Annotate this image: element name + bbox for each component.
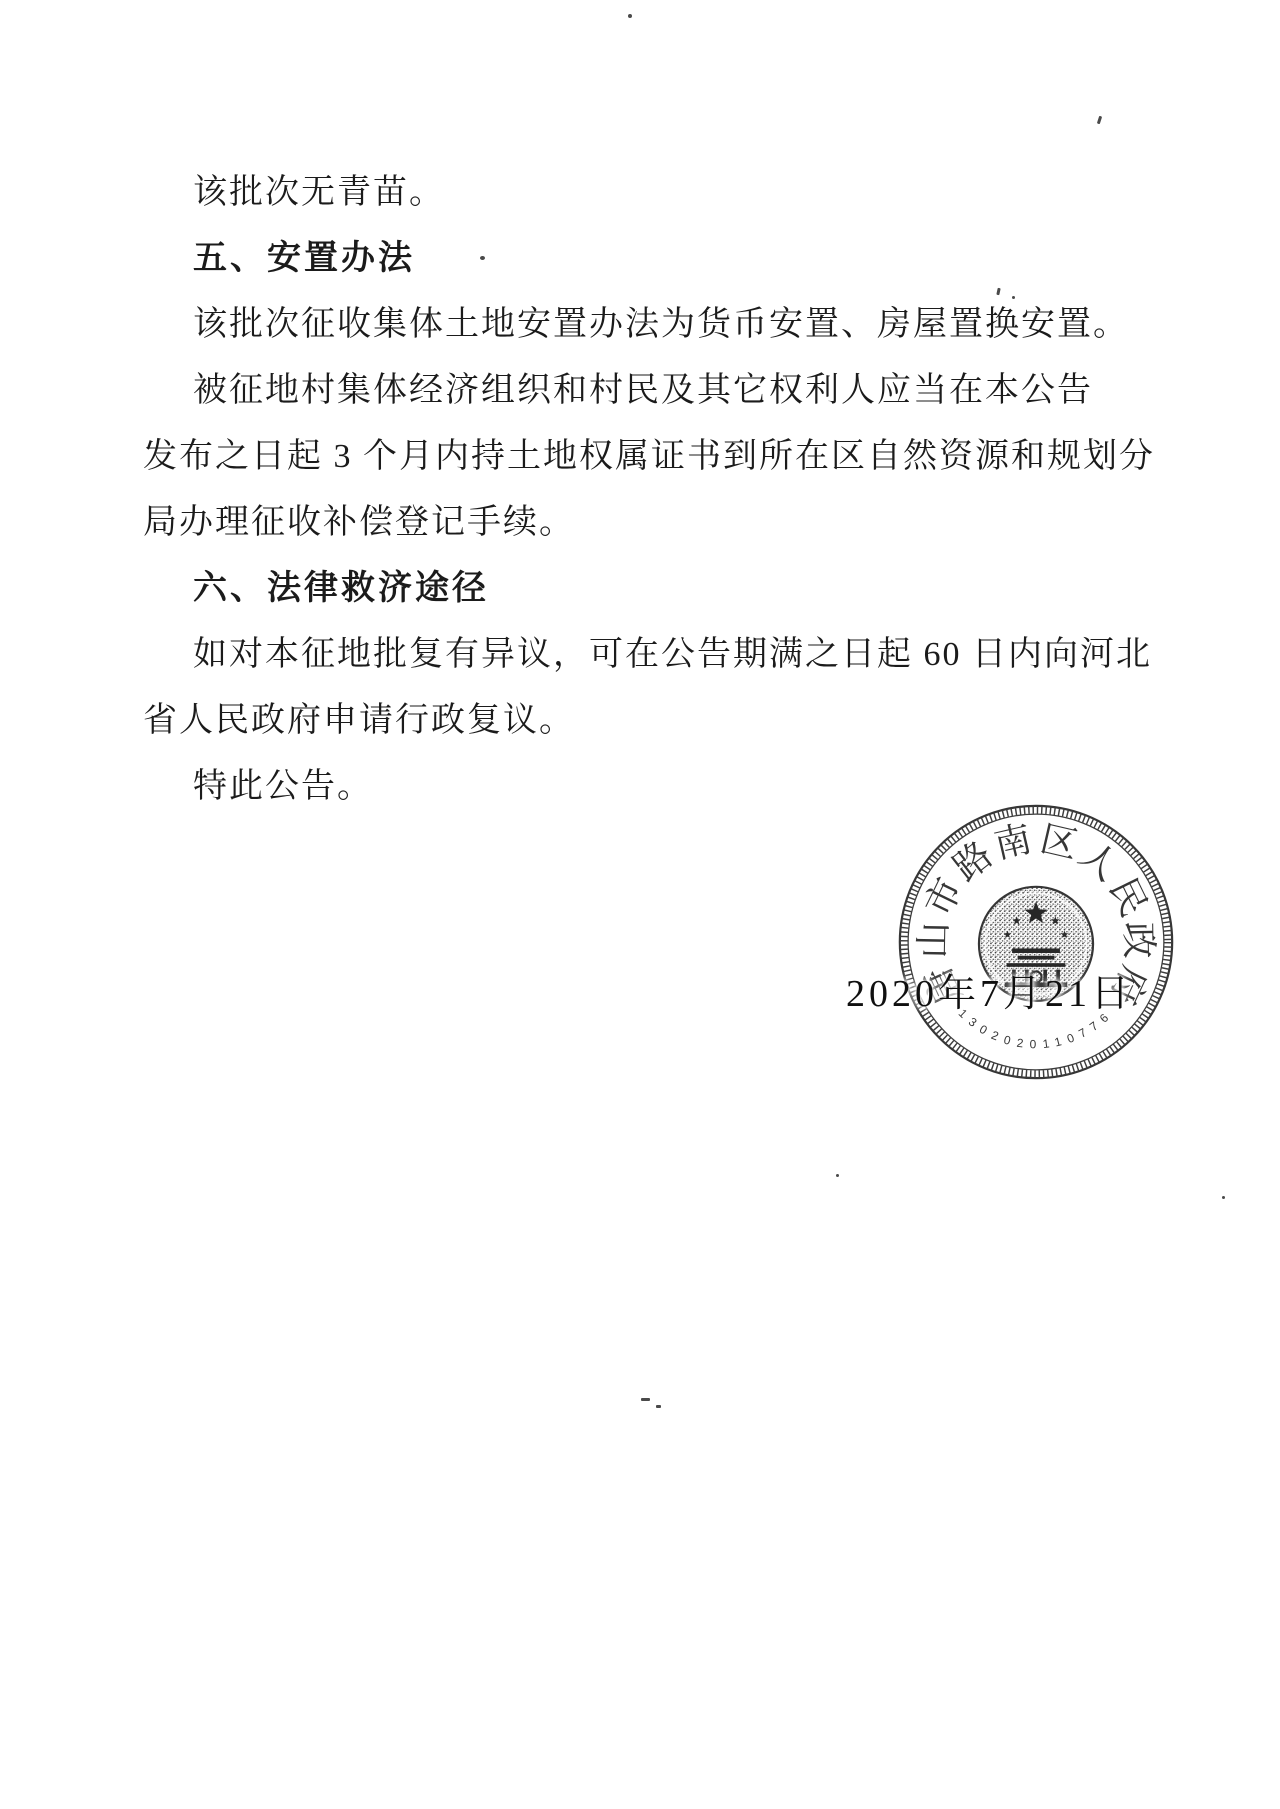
scan-speck [836,1174,839,1177]
scan-speck [1097,116,1102,125]
scan-speck [641,1398,650,1401]
scan-speck [656,1405,661,1408]
heading-section-6-legal-remedy: 六、法律救济途径 [143,556,1153,622]
official-seal-graphic: 唐 山 市 路 南 区 人 民 政 府 [898,804,1174,1080]
paragraph-registration-1: 被征地村集体经济组织和村民及其它权利人应当在本公告 [143,358,1153,424]
scan-speck [628,14,632,18]
scanned-announcement-page: 该批次无青苗。 五、安置办法 该批次征收集体土地安置办法为货币安置、房屋置换安置… [0,0,1280,1809]
scan-speck [1222,1196,1225,1199]
paragraph-legal-remedy-2: 省人民政府申请行政复议。 [143,688,1153,754]
svg-text:人: 人 [1072,834,1126,889]
svg-text:南: 南 [990,818,1035,866]
heading-section-5-resettlement: 五、安置办法 [143,226,1153,292]
svg-text:政: 政 [1118,921,1160,959]
paragraph-no-seedlings: 该批次无青苗。 [143,160,1153,226]
paragraph-legal-remedy-1: 如对本征地批复有异议，可在公告期满之日起 60 日内向河北 [143,622,1153,688]
paragraph-registration-2: 发布之日起 3 个月内持土地权属证书到所在区自然资源和规划分 [143,424,1153,490]
paragraph-registration-3: 局办理征收补偿登记手续。 [143,490,1153,556]
svg-text:区: 区 [1037,818,1082,866]
scan-speck [480,256,485,260]
issue-date: 2020年7月21日 [846,962,1133,1017]
paragraph-resettlement-method: 该批次征收集体土地安置办法为货币安置、房屋置换安置。 [143,292,1153,358]
official-seal: 唐 山 市 路 南 区 人 民 政 府 [898,804,1174,1080]
announcement-body: 该批次无青苗。 五、安置办法 该批次征收集体土地安置办法为货币安置、房屋置换安置… [143,160,1153,820]
svg-text:山: 山 [913,921,955,959]
scan-speck [1012,296,1015,299]
svg-text:路: 路 [946,834,1000,889]
